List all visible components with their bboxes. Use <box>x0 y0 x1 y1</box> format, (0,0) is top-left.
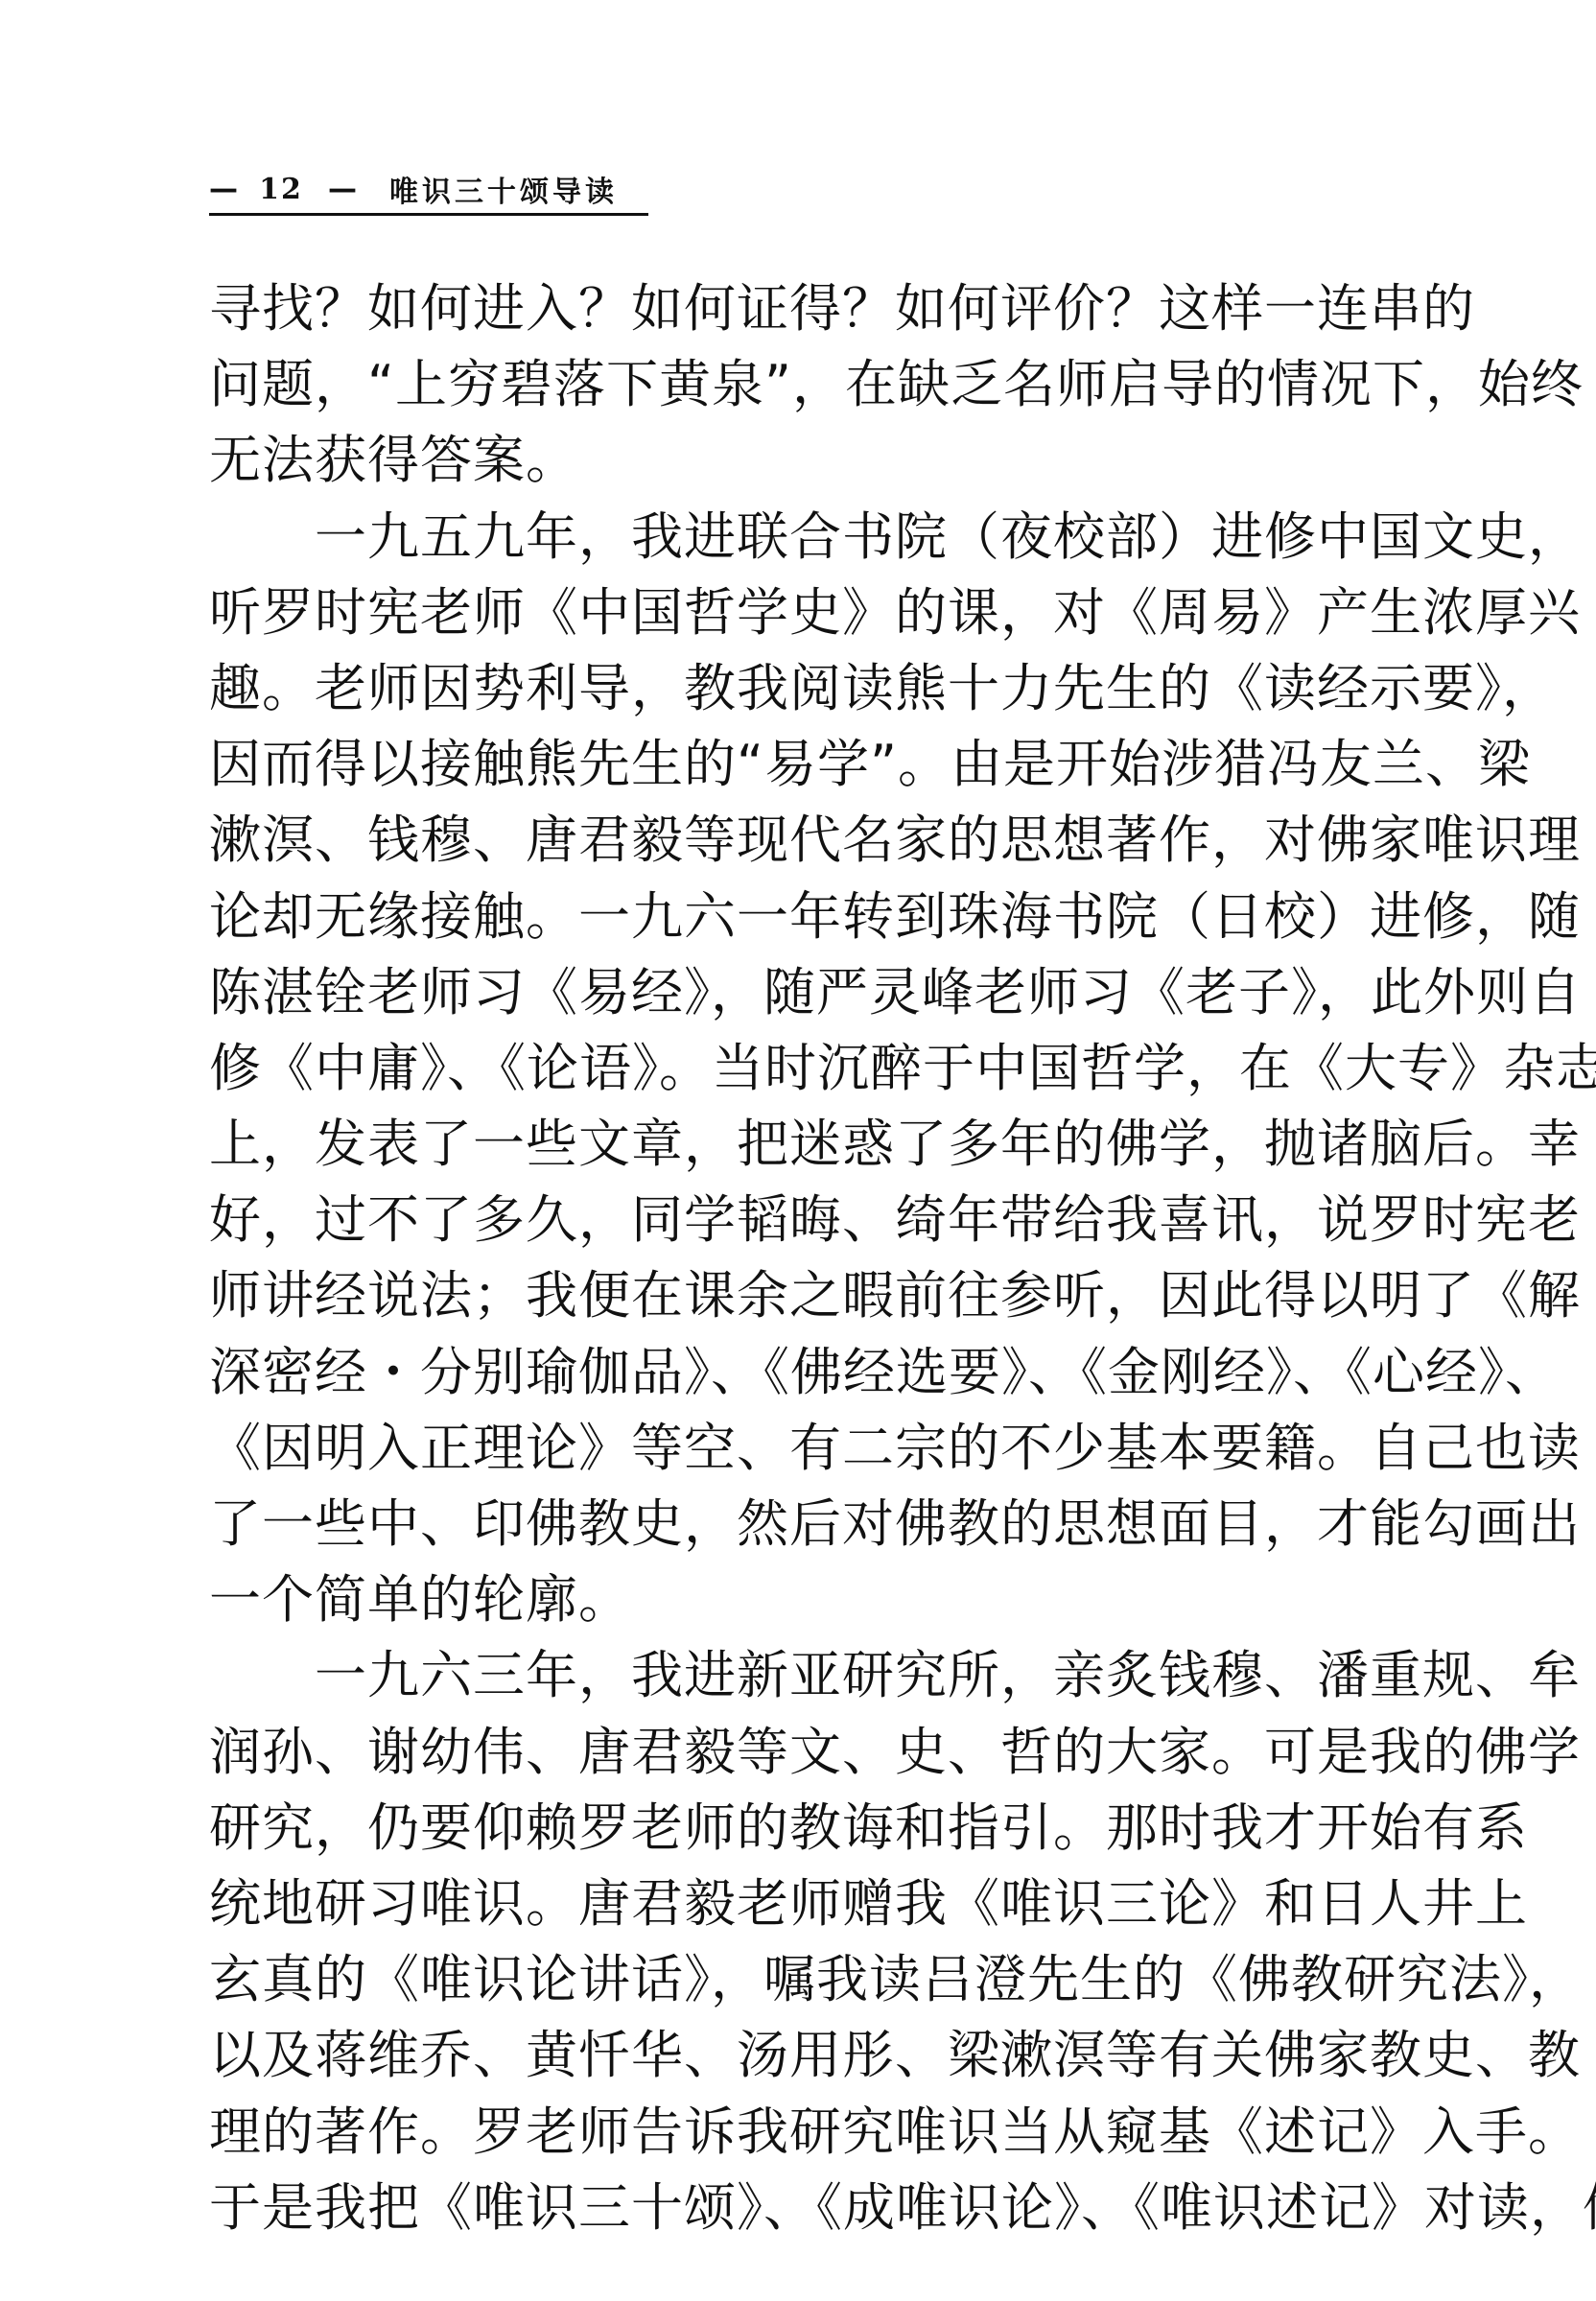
text-line: 玄真的《唯识论讲话》，嘱我读吕澄先生的《佛教研究法》， <box>209 1941 1389 2017</box>
body-text: 寻找？如何进入？如何证得？如何评价？这样一连串的 问题，“上穷碧落下黄泉”，在缺… <box>209 270 1389 2245</box>
paragraph-start-line: 一九六三年，我进新亚研究所，亲炙钱穆、潘重规、牟 <box>209 1637 1389 1713</box>
text-line: 了一些中、印佛教史，然后对佛教的思想面目，才能勾画出 <box>209 1486 1389 1561</box>
paragraph-start-line: 一九五九年，我进联合书院（夜校部）进修中国文史， <box>209 499 1389 575</box>
text-line: 修《中庸》、《论语》。当时沉醉于中国哲学，在《大专》杂志 <box>209 1030 1389 1106</box>
page-number: 12 <box>247 173 315 206</box>
text-line: 上，发表了一些文章，把迷惑了多年的佛学，抛诸脑后。幸 <box>209 1106 1389 1182</box>
text-line: 因而得以接触熊先生的“易学”。由是开始涉猎冯友兰、梁 <box>209 726 1389 802</box>
book-title: 唯识三十颂导读 <box>389 168 618 210</box>
text-line: 统地研习唯识。唐君毅老师赠我《唯识三论》和日人井上 <box>209 1866 1389 1941</box>
text-line: 润孙、谢幼伟、唐君毅等文、史、哲的大家。可是我的佛学 <box>209 1714 1389 1790</box>
text-line: 听罗时宪老师《中国哲学史》的课，对《周易》产生浓厚兴 <box>209 575 1389 650</box>
text-line: 师讲经说法；我便在课余之暇前往参听，因此得以明了《解 <box>209 1257 1389 1333</box>
text-line: 于是我把《唯识三十颂》、《成唯识论》、《唯识述记》对读，依 <box>209 2170 1389 2245</box>
text-line: 论却无缘接触。一九六一年转到珠海书院（日校）进修，随 <box>209 879 1389 954</box>
text-line: 深密经・分别瑜伽品》、《佛经选要》、《金刚经》、《心经》、 <box>209 1334 1389 1410</box>
text-line: 以及蒋维乔、黄忏华、汤用彤、梁漱溟等有关佛家教史、教 <box>209 2017 1389 2093</box>
header-dash-right: — <box>315 173 372 206</box>
text-line: 无法获得答案。 <box>209 422 1389 498</box>
text-line: 理的著作。罗老师告诉我研究唯识当从窥基《述记》入手。 <box>209 2094 1389 2170</box>
text-line: 陈湛铨老师习《易经》，随严灵峰老师习《老子》，此外则自 <box>209 954 1389 1030</box>
text-line: 好，过不了多久，同学韬晦、绮年带给我喜讯，说罗时宪老 <box>209 1182 1389 1257</box>
header-dash-left: — <box>209 173 247 206</box>
text-line: 《因明入正理论》等空、有二宗的不少基本要籍。自己也读 <box>209 1410 1389 1486</box>
text-line: 问题，“上穷碧落下黄泉”，在缺乏名师启导的情况下，始终 <box>209 346 1389 422</box>
text-line: 研究，仍要仰赖罗老师的教诲和指引。那时我才开始有系 <box>209 1790 1389 1866</box>
text-line: 寻找？如何进入？如何证得？如何评价？这样一连串的 <box>209 270 1389 346</box>
text-line: 一个简单的轮廓。 <box>209 1561 1389 1637</box>
running-header: — 12 — 唯识三十颂导读 <box>209 165 648 216</box>
text-line: 趣。老师因势利导，教我阅读熊十力先生的《读经示要》， <box>209 650 1389 726</box>
text-line: 漱溟、钱穆、唐君毅等现代名家的思想著作，对佛家唯识理 <box>209 802 1389 878</box>
